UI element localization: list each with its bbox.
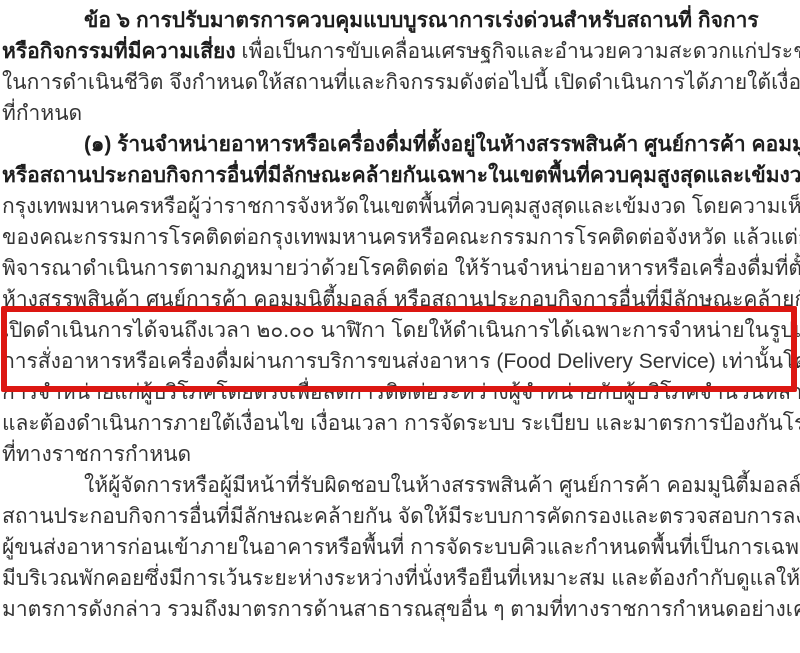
text-segment: กรุงเทพมหานครหรือผู้ว่าราชการจังหวัดในเข…: [2, 195, 800, 218]
text-segment: ให้ผู้จัดการหรือผู้มีหน้าที่รับผิดชอบในห…: [84, 474, 800, 497]
text-segment: ที่กำหนด: [2, 102, 82, 125]
text-line: ที่กำหนด: [2, 98, 797, 129]
bold-text-segment: หรือสถานประกอบกิจการอื่นที่มีลักษณะคล้าย…: [2, 164, 800, 187]
text-segment: เพื่อเป็นการขับเคลื่อนเศรษฐกิจและอำนวยคว…: [236, 40, 800, 63]
text-segment: ที่ทางราชการกำหนด: [2, 443, 191, 466]
text-line: กรุงเทพมหานครหรือผู้ว่าราชการจังหวัดในเข…: [2, 191, 797, 222]
text-segment: ในการดำเนินชีวิต จึงกำหนดให้สถานที่และกิ…: [2, 71, 800, 94]
text-line: หรือสถานประกอบกิจการอื่นที่มีลักษณะคล้าย…: [2, 160, 797, 191]
text-segment: การจำหน่ายแก่ผู้บริโภคโดยตรงเพื่อลดการติ…: [2, 381, 800, 404]
text-segment: ห้างสรรพสินค้า ศูนย์การค้า คอมมูนิตี้มอล…: [2, 288, 800, 311]
text-line: ข้อ ๖ การปรับมาตรการควบคุมแบบบูรณาการเร่…: [2, 5, 797, 36]
text-segment: พิจารณาดำเนินการตามกฎหมายว่าด้วยโรคติดต่…: [2, 257, 800, 280]
text-segment: มาตรการดังกล่าว รวมถึงมาตรการด้านสาธารณส…: [2, 598, 800, 621]
text-line: (๑) ร้านจำหน่ายอาหารหรือเครื่องดื่มที่ตั…: [2, 129, 797, 160]
text-line: มาตรการดังกล่าว รวมถึงมาตรการด้านสาธารณส…: [2, 594, 797, 625]
text-line: ของคณะกรรมการโรคติดต่อกรุงเทพมหานครหรือค…: [2, 222, 797, 253]
text-segment: เปิดดำเนินการได้จนถึงเวลา ๒๐.๐๐ นาฬิกา โ…: [2, 319, 800, 342]
text-line: พิจารณาดำเนินการตามกฎหมายว่าด้วยโรคติดต่…: [2, 253, 797, 284]
text-line: ที่ทางราชการกำหนด: [2, 439, 797, 470]
bold-text-segment: ข้อ ๖ การปรับมาตรการควบคุมแบบบูรณาการเร่…: [84, 9, 759, 32]
text-line: เปิดดำเนินการได้จนถึงเวลา ๒๐.๐๐ นาฬิกา โ…: [2, 315, 797, 346]
text-line: การสั่งอาหารหรือเครื่องดื่มผ่านการบริการ…: [2, 346, 797, 377]
text-segment: การสั่งอาหารหรือเครื่องดื่มผ่านการบริการ…: [2, 350, 800, 373]
text-line: ห้างสรรพสินค้า ศูนย์การค้า คอมมูนิตี้มอล…: [2, 284, 797, 315]
text-line: การจำหน่ายแก่ผู้บริโภคโดยตรงเพื่อลดการติ…: [2, 377, 797, 408]
text-line: สถานประกอบกิจการอื่นที่มีลักษณะคล้ายกัน …: [2, 501, 797, 532]
text-segment: มีบริเวณพักคอยซึ่งมีการเว้นระยะห่างระหว่…: [2, 567, 800, 590]
bold-text-segment: หรือกิจกรรมที่มีความเสี่ยง: [2, 40, 236, 63]
text-line: และต้องดำเนินการภายใต้เงื่อนไข เงื่อนเวล…: [2, 408, 797, 439]
text-segment: และต้องดำเนินการภายใต้เงื่อนไข เงื่อนเวล…: [2, 412, 800, 435]
text-line: มีบริเวณพักคอยซึ่งมีการเว้นระยะห่างระหว่…: [2, 563, 797, 594]
text-segment: ผู้ขนส่งอาหารก่อนเข้าภายในอาคารหรือพื้นท…: [2, 536, 800, 559]
text-segment: ของคณะกรรมการโรคติดต่อกรุงเทพมหานครหรือค…: [2, 226, 800, 249]
text-line: ให้ผู้จัดการหรือผู้มีหน้าที่รับผิดชอบในห…: [2, 470, 797, 501]
text-line: ผู้ขนส่งอาหารก่อนเข้าภายในอาคารหรือพื้นท…: [2, 532, 797, 563]
document-body: ข้อ ๖ การปรับมาตรการควบคุมแบบบูรณาการเร่…: [2, 5, 797, 625]
text-segment: สถานประกอบกิจการอื่นที่มีลักษณะคล้ายกัน …: [2, 505, 800, 528]
text-line: ในการดำเนินชีวิต จึงกำหนดให้สถานที่และกิ…: [2, 67, 797, 98]
text-line: หรือกิจกรรมที่มีความเสี่ยง เพื่อเป็นการข…: [2, 36, 797, 67]
bold-text-segment: (๑) ร้านจำหน่ายอาหารหรือเครื่องดื่มที่ตั…: [84, 133, 800, 156]
